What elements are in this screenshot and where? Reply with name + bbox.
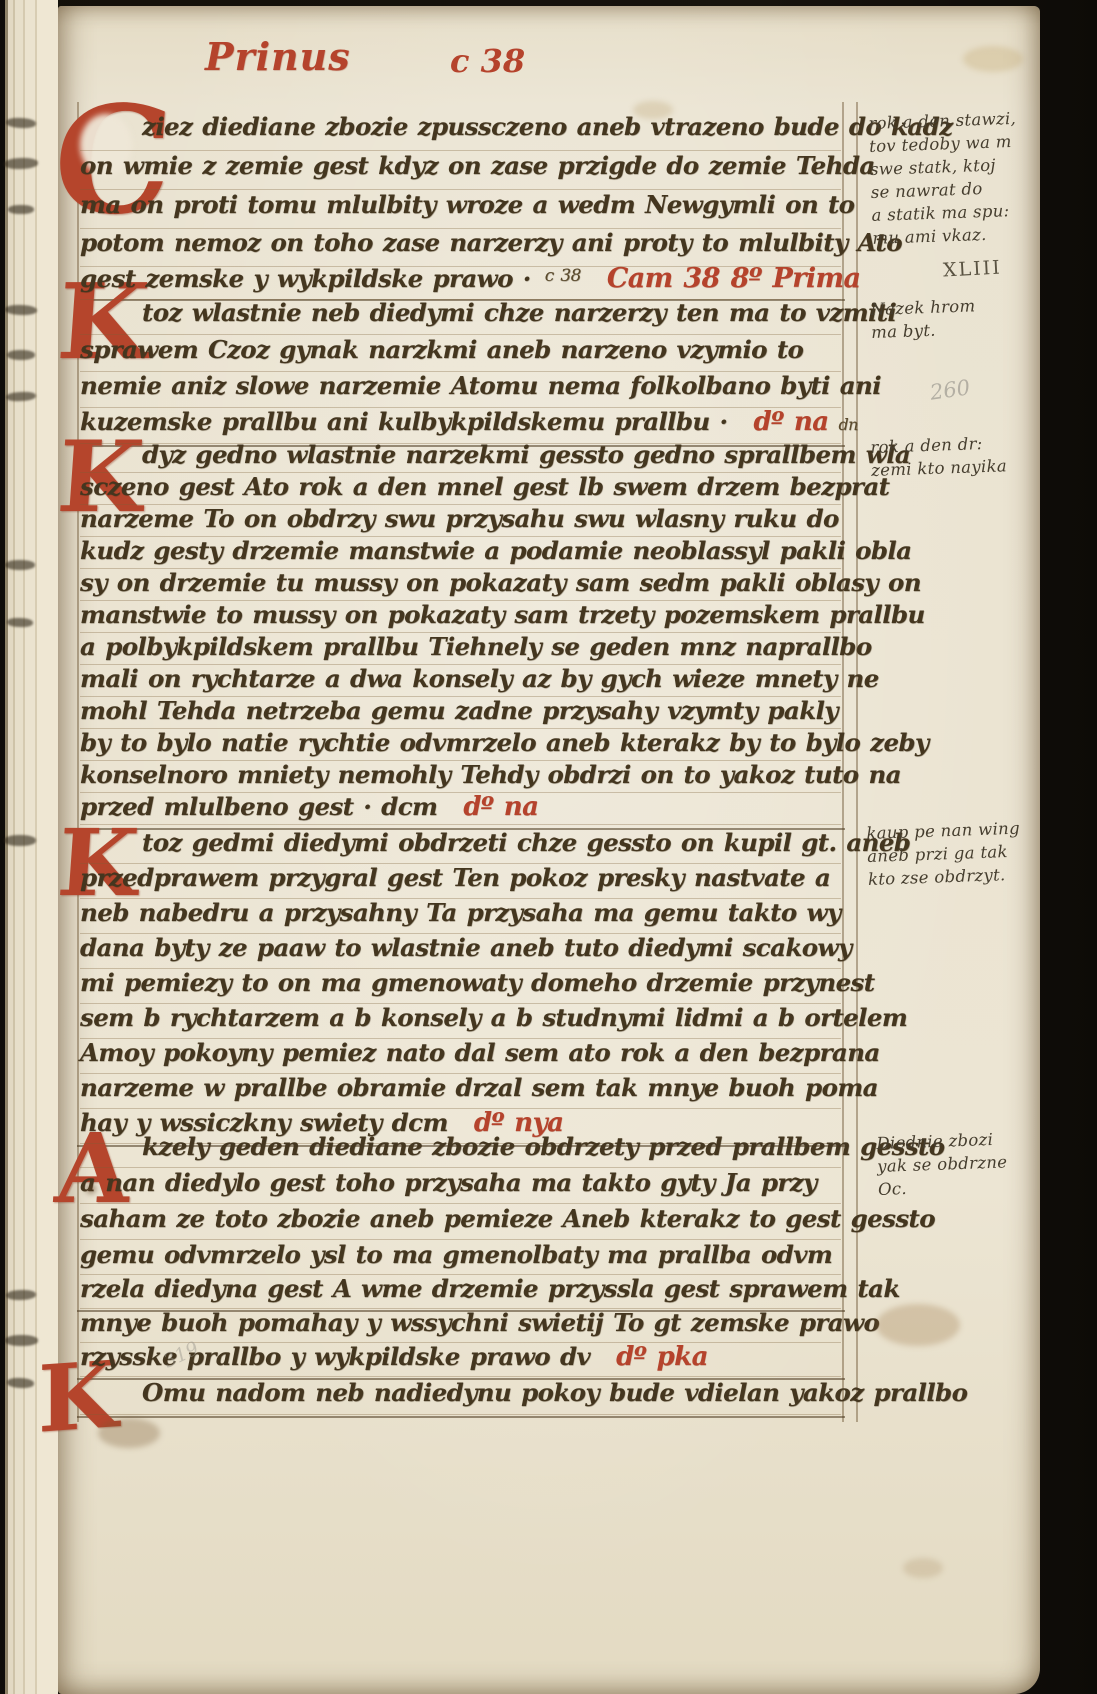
page-edge-ink-fragment xyxy=(4,157,38,169)
margin-note-line: yak se obdrzne xyxy=(877,1150,1008,1178)
margin-note-year-and-day: rok a den stawzi, tov tedoby wa m swe st… xyxy=(868,107,1020,250)
text-line: ziez diediane zbozie zpussczeno aneb vtr… xyxy=(80,112,841,151)
running-title: Prinus xyxy=(205,34,351,79)
text-line: potom nemoz on toho zase narzerzy ani pr… xyxy=(80,228,841,267)
text-line: toz wlastnie neb diedymi chze narzerzy t… xyxy=(80,298,841,335)
page-edge-ink-fragment xyxy=(8,205,34,214)
citation-rubric: dº na xyxy=(754,407,829,437)
chapter-heading-rubric: Cam 38 8º Prima xyxy=(607,263,860,294)
text-line: przedprawem przygral gest Ten pokoz pres… xyxy=(80,863,841,899)
text-line-text: rzysske prallbo y wykpildske prawo dv xyxy=(80,1342,590,1371)
text-line: narzeme To on obdrzy swu przysahu swu wl… xyxy=(80,504,841,537)
margin-note-line: kto zse obdrzyt. xyxy=(868,863,1022,891)
text-line-text: kuzemske prallbu ani kulbykpildskemu pra… xyxy=(80,407,728,436)
parchment-stain xyxy=(963,46,1023,72)
margin-note-line: zemi kto nayika xyxy=(871,454,1008,482)
text-line: manstwie to mussy on pokazaty sam trzety… xyxy=(80,600,841,633)
manuscript-photograph: Prinus c 38 C K K K A K ziez diediane zb… xyxy=(0,0,1097,1694)
margin-note-narzek: Nazek hrom ma byt. xyxy=(870,294,977,344)
text-line: kudz gesty drzemie manstwie a podamie ne… xyxy=(80,536,841,569)
text-line: nemie aniz slowe narzemie Atomu nema fol… xyxy=(80,371,841,408)
page-edge-ink-fragment xyxy=(6,117,36,129)
text-line: kzely geden diediane zbozie obdrzety prz… xyxy=(80,1132,841,1168)
text-line: Omu nadom neb nadiedynu pokoy bude vdiel… xyxy=(80,1378,841,1415)
margin-note-line: Oc. xyxy=(878,1173,1009,1201)
page-edge-ink-fragment xyxy=(5,560,35,570)
margin-note-line: ma byt. xyxy=(871,317,977,344)
text-line: saham ze toto zbozie aneb pemieze Aneb k… xyxy=(80,1204,841,1240)
text-line: sem b rychtarzem a b konsely a b studnym… xyxy=(80,1003,841,1039)
citation-rubric: dº pka xyxy=(616,1342,708,1372)
margin-note-line: Nazek hrom xyxy=(870,294,976,321)
text-line: neb nabedru a przysahny Ta przysaha ma g… xyxy=(80,898,841,934)
pencil-folio-number: 260 xyxy=(929,375,972,404)
margin-note-diedicne: Diednie zbozi yak se obdrzne Oc. xyxy=(876,1127,1008,1200)
page-edge-ink-fragment xyxy=(5,1335,38,1346)
paragraph-rule xyxy=(77,1416,845,1418)
text-line: dyz gedno wlastnie narzekmi gessto gedno… xyxy=(80,440,841,473)
parchment-stain xyxy=(86,1184,96,1194)
chapter-mark: c 38 xyxy=(545,266,581,286)
page-edge-ink-fragment xyxy=(4,835,36,846)
running-chapter-number: c 38 xyxy=(450,42,525,80)
margin-note-rok-a-den: rok a den dr: zemi kto nayika xyxy=(870,431,1007,482)
text-line: by to bylo natie rychtie odvmrzelo aneb … xyxy=(80,728,841,761)
text-line: sy on drzemie tu mussy on pokazaty sam s… xyxy=(80,568,841,601)
parchment-stain xyxy=(903,1558,943,1578)
citation-suffix: dn xyxy=(838,415,857,434)
text-line-text: gest zemske y wykpildske prawo · xyxy=(80,264,531,293)
text-line: przed mlulbeno gest · dcmdº na xyxy=(80,792,841,825)
text-line: mi pemiezy to on ma gmenowaty domeho drz… xyxy=(80,968,841,1004)
page-edge-ink-fragment xyxy=(7,618,33,628)
manuscript-page: Prinus c 38 C K K K A K ziez diediane zb… xyxy=(58,6,1040,1694)
text-line: dana byty ze paaw to wlastnie aneb tuto … xyxy=(80,933,841,969)
parchment-stain xyxy=(633,101,673,119)
page-edge-ink-fragment xyxy=(6,391,36,402)
text-line: sprawem Czoz gynak narzkmi aneb narzeno … xyxy=(80,335,841,372)
text-line: Amoy pokoyny pemiez nato dal sem ato rok… xyxy=(80,1038,841,1074)
text-line: ma on proti tomu mlulbity wroze a wedm N… xyxy=(80,190,841,229)
text-line: on wmie z zemie gest kdyz on zase przigd… xyxy=(80,151,841,190)
page-edge-ink-fragment xyxy=(7,350,35,360)
text-line: mnye buoh pomahay y wssychni swietij To … xyxy=(80,1308,841,1343)
parchment-stain xyxy=(876,1304,960,1346)
text-line: sczeno gest Ato rok a den mnel gest lb s… xyxy=(80,472,841,505)
text-line: mohl Tehda netrzeba gemu zadne przysahy … xyxy=(80,696,841,729)
text-line: toz gedmi diedymi obdrzeti chze gessto o… xyxy=(80,828,841,864)
citation-rubric: dº na xyxy=(463,792,538,822)
parchment-stain xyxy=(98,1418,160,1448)
text-line: a nan diedylo gest toho przysaha ma takt… xyxy=(80,1168,841,1204)
text-line: konselnoro mniety nemohly Tehdy obdrzi o… xyxy=(80,760,841,793)
text-line: kuzemske prallbu ani kulbykpildskemu pra… xyxy=(80,407,841,444)
text-line-text: przed mlulbeno gest · dcm xyxy=(80,792,437,821)
margin-note-kaup: kaup pe nan wing aneb przi ga tak kto zs… xyxy=(866,817,1022,891)
text-line: a polbykpildskem prallbu Tiehnely se ged… xyxy=(80,632,841,665)
page-edge-ink-fragment xyxy=(7,1377,34,1388)
margin-note-line: mu ami vkaz. xyxy=(872,222,1020,250)
text-line: gemu odvmrzelo ysl to ma gmenolbaty ma p… xyxy=(80,1240,841,1275)
page-edge-ink-fragment xyxy=(6,1289,36,1300)
text-line: gest zemske y wykpildske prawo ·c 38Cam … xyxy=(80,263,841,300)
text-line: narzeme w prallbe obramie drzal sem tak … xyxy=(80,1073,841,1109)
margin-roman-numeral: XLIII xyxy=(942,256,1002,281)
page-edge-ink-fragment xyxy=(5,304,37,315)
text-line: mali on rychtarze a dwa konsely az by gy… xyxy=(80,664,841,697)
text-line: rzela diedyna gest A wme drzemie przyssl… xyxy=(80,1274,841,1309)
